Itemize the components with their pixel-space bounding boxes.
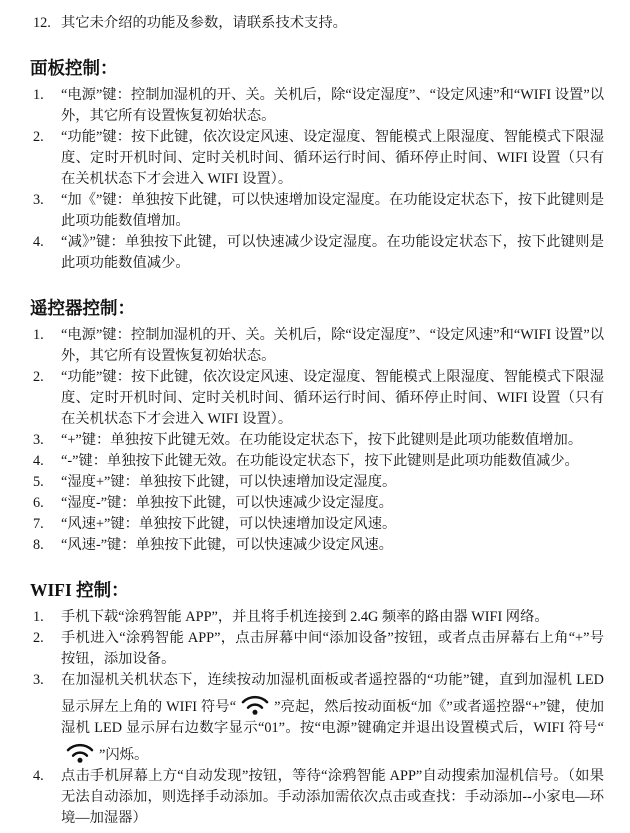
list-item: 3. “加《”键：单独按下此键，可以快速增加设定湿度。在功能设定状态下，按下此键… [30,190,604,232]
item-number: 12. [33,13,61,34]
section-heading-wifi-control: WIFI 控制： [30,579,604,602]
item-number: 7. [33,514,61,535]
list-item: 5. “湿度+”键：单独按下此键，可以快速增加设定湿度。 [30,472,604,493]
item-number: 8. [33,535,61,556]
list-item-12: 12. 其它未介绍的功能及参数，请联系技术支持。 [30,13,604,34]
item-text: “湿度-”键：单独按下此键，可以快速减少设定湿度。 [61,493,604,514]
item-number: 2. [33,127,61,148]
section-panel-control: 面板控制： 1. “电源”键：控制加湿机的开、关。关机后，除“设定湿度”、“设定… [30,57,604,274]
item-number: 1. [33,607,61,628]
item-text: “电源”键：控制加湿机的开、关。关机后，除“设定湿度”、“设定风速”和“WIFI… [61,85,604,127]
item-number: 3. [33,190,61,211]
list-item: 8. “风速-”键：单独按下此键，可以快速减少设定风速。 [30,535,604,556]
item-number: 4. [33,451,61,472]
manual-page: 12. 其它未介绍的功能及参数，请联系技术支持。 面板控制： 1. “电源”键：… [0,0,630,833]
section-remote-control: 遥控器控制： 1. “电源”键：控制加湿机的开、关。关机后，除“设定湿度”、“设… [30,297,604,556]
list-item: 2. 手机进入“涂鸦智能 APP”，点击屏幕中间“添加设备”按钮，或者点击屏幕右… [30,628,604,670]
list-item: 1. “电源”键：控制加湿机的开、关。关机后，除“设定湿度”、“设定风速”和“W… [30,325,604,367]
item-text: “减》”键：单独按下此键，可以快速减少设定湿度。在功能设定状态下，按下此键则是此… [61,232,604,274]
item-number: 3. [33,430,61,451]
item-number: 2. [33,367,61,388]
item-text: “-”键：单独按下此键无效。在功能设定状态下，按下此键则是此项功能数值减少。 [61,451,604,472]
item-text: 在加湿机关机状态下，连续按动加湿机面板或者遥控器的“功能”键，直到加湿机 LED… [61,670,604,766]
item-number: 1. [33,325,61,346]
item-text: “风速+”键：单独按下此键，可以快速增加设定风速。 [61,514,604,535]
item-number: 2. [33,628,61,649]
list-item: 1. “电源”键：控制加湿机的开、关。关机后，除“设定湿度”、“设定风速”和“W… [30,85,604,127]
wifi-signal-icon [238,691,272,716]
list-item: 4. 点击手机屏幕上方“自动发现”按钮，等待“涂鸦智能 APP”自动搜索加湿机信… [30,766,604,829]
list-item: 7. “风速+”键：单独按下此键，可以快速增加设定风速。 [30,514,604,535]
section-heading-remote-control: 遥控器控制： [30,297,604,320]
item-number: 4. [33,232,61,253]
item-text-part: ”闪烁。 [99,747,148,763]
section-heading-panel-control: 面板控制： [30,57,604,80]
list-item: 3. “+”键：单独按下此键无效。在功能设定状态下，按下此键则是此项功能数值增加… [30,430,604,451]
item-number: 5. [33,472,61,493]
list-item: 4. “减》”键：单独按下此键，可以快速减少设定湿度。在功能设定状态下，按下此键… [30,232,604,274]
list-item: 6. “湿度-”键：单独按下此键，可以快速减少设定湿度。 [30,493,604,514]
item-number: 3. [33,670,61,691]
section-wifi-control: WIFI 控制： 1. 手机下载“涂鸦智能 APP”，并且将手机连接到 2.4G… [30,579,604,829]
item-number: 6. [33,493,61,514]
item-text: 点击手机屏幕上方“自动发现”按钮，等待“涂鸦智能 APP”自动搜索加湿机信号。（… [61,766,604,829]
item-text: “功能”键：按下此键，依次设定风速、设定湿度、智能模式上限湿度、智能模式下限湿度… [61,367,604,430]
item-text: “风速-”键：单独按下此键，可以快速减少设定风速。 [61,535,604,556]
list-item: 2. “功能”键：按下此键，依次设定风速、设定湿度、智能模式上限湿度、智能模式下… [30,367,604,430]
list-item: 1. 手机下载“涂鸦智能 APP”，并且将手机连接到 2.4G 频率的路由器 W… [30,607,604,628]
item-text: “加《”键：单独按下此键，可以快速增加设定湿度。在功能设定状态下，按下此键则是此… [61,190,604,232]
item-text: “湿度+”键：单独按下此键，可以快速增加设定湿度。 [61,472,604,493]
list-item: 2. “功能”键：按下此键，依次设定风速、设定湿度、智能模式上限湿度、智能模式下… [30,127,604,190]
wifi-signal-icon [63,739,97,764]
item-text: “+”键：单独按下此键无效。在功能设定状态下，按下此键则是此项功能数值增加。 [61,430,604,451]
item-text: 手机下载“涂鸦智能 APP”，并且将手机连接到 2.4G 频率的路由器 WIFI… [61,607,604,628]
item-text: “电源”键：控制加湿机的开、关。关机后，除“设定湿度”、“设定风速”和“WIFI… [61,325,604,367]
item-number: 4. [33,766,61,787]
list-item: 3. 在加湿机关机状态下，连续按动加湿机面板或者遥控器的“功能”键，直到加湿机 … [30,670,604,766]
item-text: 其它未介绍的功能及参数，请联系技术支持。 [61,13,604,34]
item-text: 手机进入“涂鸦智能 APP”，点击屏幕中间“添加设备”按钮，或者点击屏幕右上角“… [61,628,604,670]
item-number: 1. [33,85,61,106]
list-item: 4. “-”键：单独按下此键无效。在功能设定状态下，按下此键则是此项功能数值减少… [30,451,604,472]
item-text: “功能”键：按下此键，依次设定风速、设定湿度、智能模式上限湿度、智能模式下限湿度… [61,127,604,190]
